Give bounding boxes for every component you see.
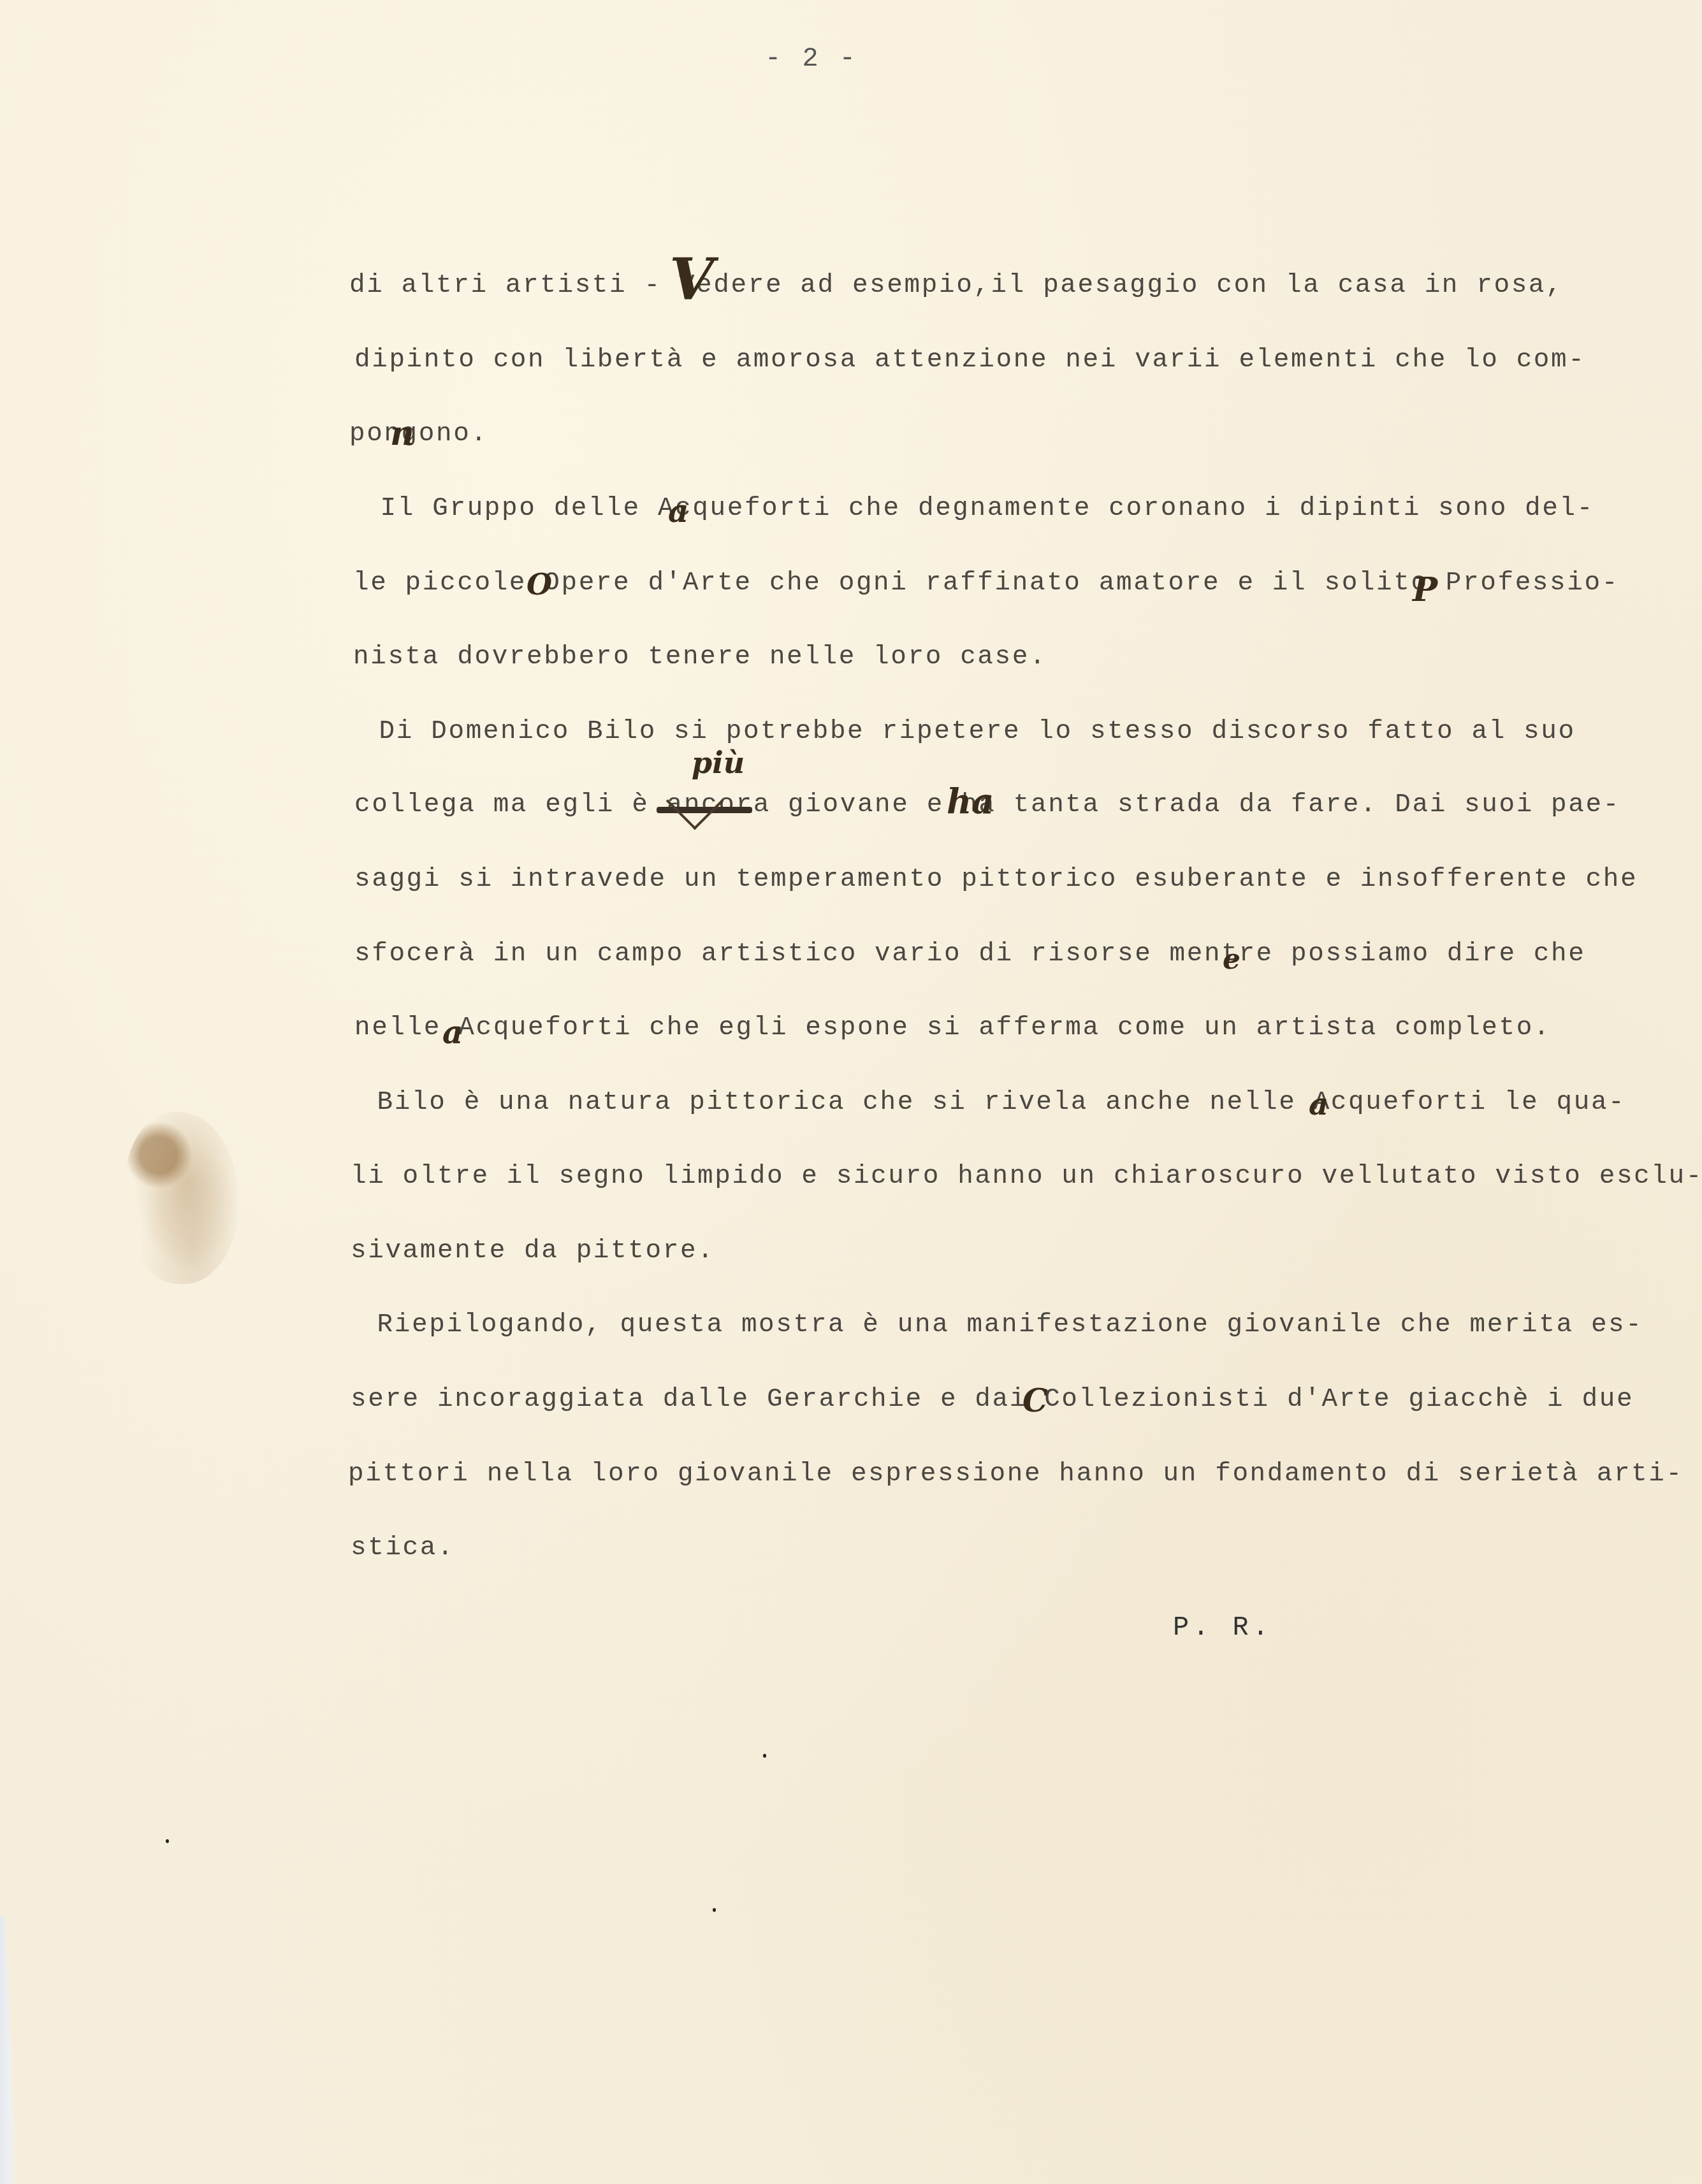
text-line-4: Il Gruppo delle Acqueforti che degnament… (328, 494, 1594, 523)
text-line-11: nelle Acqueforti che egli espone si affe… (354, 1013, 1551, 1043)
handwritten-o: O (527, 567, 552, 602)
handwritten-v: V (669, 245, 714, 313)
text-line-1: di altri artisti - Vedere ad esempio,il … (349, 271, 1563, 300)
paper-speck (763, 1754, 766, 1758)
text-line-3: pongono. (349, 419, 488, 449)
text-line-18: stica. (351, 1533, 455, 1563)
handwritten-a-3: a (1309, 1087, 1328, 1122)
handwritten-a-2: a (442, 1013, 463, 1051)
text-line-16: sere incoraggiata dalle Gerarchie e dai … (351, 1385, 1634, 1414)
handwritten-ha: ha (947, 781, 994, 821)
text-line-6: nista dovrebbero tenere nelle loro case. (353, 642, 1047, 672)
text-line-12: Bilo è una natura pittorica che si rivel… (325, 1088, 1626, 1117)
text-line-7: Di Domenico Bilo si potrebbe ripetere lo… (327, 717, 1576, 746)
paper-speck (166, 1839, 169, 1843)
text-line-17: pittori nella loro giovanile espressione… (348, 1459, 1684, 1489)
page-number: - 2 - (765, 43, 858, 74)
handwritten-c: C (1022, 1382, 1048, 1419)
text-line-13: li oltre il segno limpido e sicuro hanno… (351, 1162, 1702, 1191)
signature-initials: P. R. (1173, 1612, 1272, 1643)
text-line-9: saggi si intravede un temperamento pitto… (354, 865, 1638, 894)
text-line-15: Riepilogando, questa mostra è una manife… (325, 1310, 1643, 1340)
paper-speck (713, 1908, 716, 1912)
handwritten-a: a (668, 492, 688, 530)
handwritten-n: n (390, 414, 414, 453)
handwritten-p: P (1413, 570, 1437, 609)
text-line-2: dipinto con libertà e amorosa attenzione… (354, 345, 1585, 375)
handwritten-e: e (1223, 943, 1240, 976)
text-line-10: sfocerà in un campo artistico vario di r… (354, 939, 1585, 969)
text-line-14: sivamente da pittore. (351, 1236, 715, 1266)
handwritten-piu: più (692, 746, 745, 780)
